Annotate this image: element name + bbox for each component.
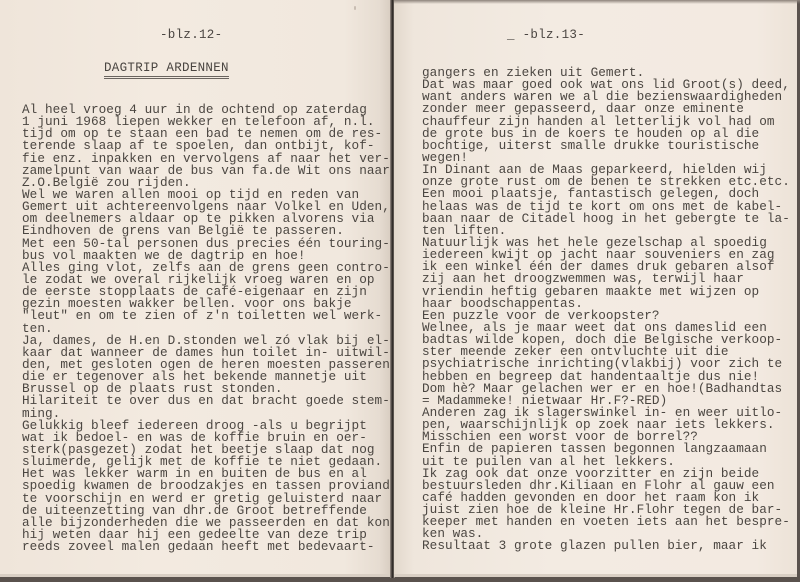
text-line: Hilariteit te over dus en dat bracht goe… (22, 395, 390, 407)
book-spread: -blz.12- DAGTRIP ARDENNEN Al heel vroeg … (0, 0, 800, 582)
page-number: _ -blz.13- (507, 28, 585, 42)
left-page-body-text: Al heel vroeg 4 uur in de ochtend op zat… (22, 104, 390, 553)
page-number: -blz.12- (160, 28, 222, 42)
left-page: -blz.12- DAGTRIP ARDENNEN Al heel vroeg … (0, 0, 391, 577)
page-edge-shadow (394, 0, 800, 4)
text-line: "leut" en om te zien of z'n toiletten we… (22, 310, 390, 322)
right-page: _ -blz.13- gangers en zieken uit Gemert.… (394, 0, 797, 577)
paper-speck (354, 6, 356, 10)
article-title: DAGTRIP ARDENNEN (104, 62, 229, 79)
text-line: Resultaat 3 grote glazen pullen bier, ma… (422, 540, 790, 552)
text-line: bochtige, uiterst smalle drukke touristi… (422, 140, 790, 152)
right-page-body-text: gangers en zieken uit Gemert.Dat was maa… (422, 67, 790, 553)
text-line: reeds zoveel malen gedaan heeft met bede… (22, 541, 390, 553)
